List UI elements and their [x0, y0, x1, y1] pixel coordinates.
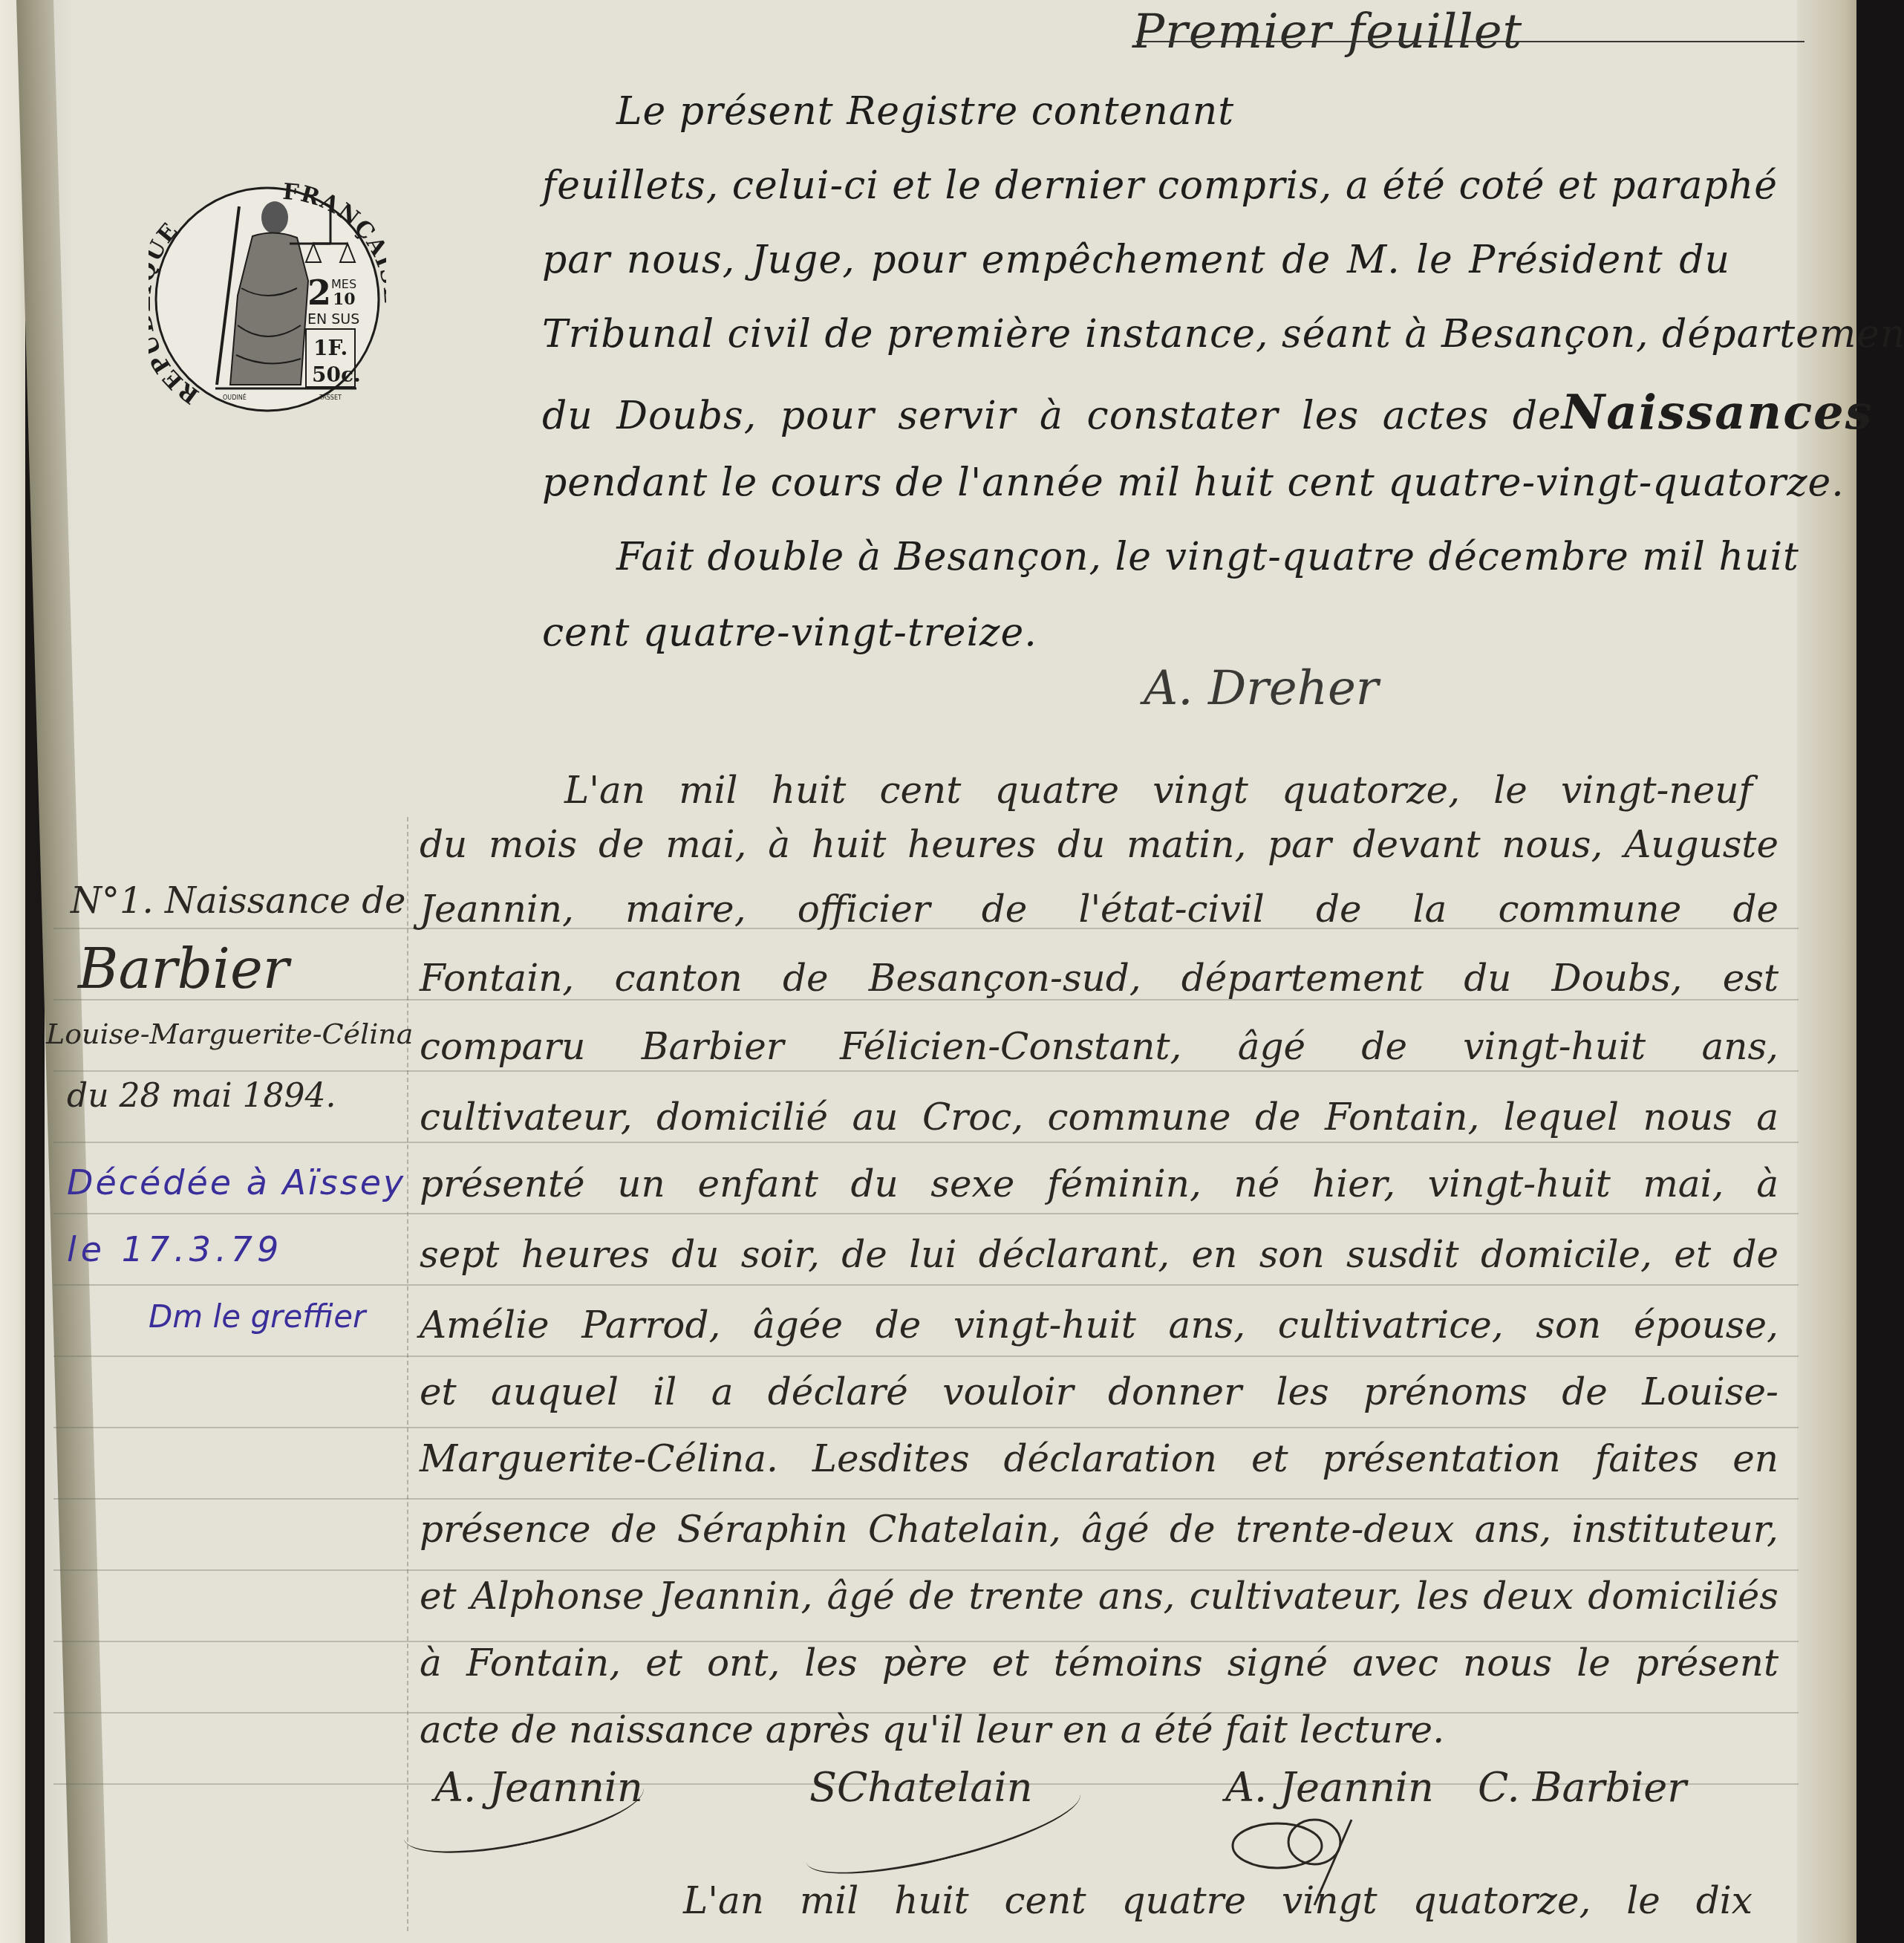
printed-line-5-text: du Doubs, pour servir à constater les ac… — [542, 394, 1562, 438]
act-line-8: sept heures du soir, de lui déclarant, e… — [420, 1233, 1779, 1276]
tax-stamp: REPUBLIQUE FRANÇAISE 2 MES 10 EN SUS 1F.… — [149, 177, 386, 422]
act-line-11: Marguerite-Célina. Lesdites déclaration … — [420, 1437, 1779, 1480]
act-line-7: présenté un enfant du sexe féminin, né h… — [420, 1162, 1779, 1205]
act-line-1: L'an mil huit cent quatre vingt quatorze… — [564, 769, 1753, 812]
death-annotation-clerk: Dm le greffier — [149, 1298, 365, 1335]
stamp-engraver-left: OUDINÉ — [223, 393, 247, 401]
left-page-leaf — [0, 0, 25, 1943]
stamp-tax-denom: 10 — [333, 290, 356, 309]
act-line-9: Amélie Parrod, âgée de vingt-huit ans, c… — [420, 1304, 1779, 1347]
feuillet-annotation: Premier feuillet — [1132, 4, 1522, 59]
act-line-14: à Fontain, et ont, les père et témoins s… — [420, 1641, 1779, 1685]
stamp-price-cents: 50c. — [312, 362, 361, 387]
printed-line-5: du Doubs, pour servir à constater les ac… — [542, 385, 1730, 440]
act-line-12: présence de Séraphin Chatelain, âgé de t… — [420, 1508, 1779, 1551]
act-line-5: comparu Barbier Félicien-Constant, âgé d… — [420, 1025, 1779, 1068]
signature-witness-jeannin: A. Jeannin — [1225, 1764, 1434, 1811]
margin-divider-line — [407, 817, 408, 1931]
next-act-first-line: L'an mil huit cent quatre vingt quatorze… — [683, 1879, 1753, 1922]
judge-signature: A. Dreher — [1144, 661, 1378, 716]
death-annotation-date: le 17.3.79 — [67, 1229, 283, 1269]
page-stack-edge — [1797, 0, 1858, 1943]
printed-line-6: pendant le cours de l'année mil huit cen… — [542, 460, 1730, 505]
act-line-10: et auquel il a déclaré vouloir donner le… — [420, 1370, 1779, 1413]
naissances-heading: Naissances — [1562, 385, 1874, 440]
printed-line-4: Tribunal civil de première instance, séa… — [542, 312, 1730, 357]
act-line-3: Jeannin, maire, officier de l'état-civil… — [420, 888, 1779, 931]
justice-figure-icon: REPUBLIQUE FRANÇAISE 2 MES 10 EN SUS 1F.… — [149, 177, 386, 422]
printed-line-1: Le présent Registre contenant — [616, 89, 1804, 134]
death-annotation-line1: Décédée à Aïssey — [67, 1162, 405, 1202]
act-line-15: acte de naissance après qu'il leur en a … — [420, 1708, 1652, 1751]
stamp-en-sus: EN SUS — [307, 311, 359, 328]
printed-line-8: cent quatre-vingt-treize. — [542, 611, 1730, 655]
margin-given-names: Louise-Marguerite-Célina — [46, 1018, 414, 1050]
signature-father-barbier: C. Barbier — [1478, 1764, 1686, 1811]
stamp-tax-number: 2 — [307, 273, 331, 313]
feuillet-underline — [1136, 41, 1804, 42]
printed-line-3: par nous, Juge, pour empêchement de M. l… — [542, 238, 1730, 282]
book-binding-background — [1856, 0, 1904, 1943]
act-line-2: du mois de mai, à huit heures du matin, … — [420, 823, 1779, 866]
stamp-price-francs: 1F. — [313, 336, 348, 360]
stamp-engraver-right: TASSET — [319, 394, 342, 401]
margin-surname: Barbier — [78, 937, 289, 1001]
margin-entry-title: N°1. Naissance de — [71, 880, 406, 922]
printed-line-2: feuillets, celui-ci et le dernier compri… — [542, 163, 1730, 208]
act-line-6: cultivateur, domicilié au Croc, commune … — [420, 1096, 1779, 1139]
printed-line-7: Fait double à Besançon, le vingt-quatre … — [616, 535, 1730, 579]
act-line-4: Fontain, canton de Besançon-sud, départe… — [420, 957, 1779, 1000]
margin-birth-date: du 28 mai 1894. — [67, 1077, 336, 1115]
act-line-13: et Alphonse Jeannin, âgé de trente ans, … — [420, 1575, 1779, 1618]
